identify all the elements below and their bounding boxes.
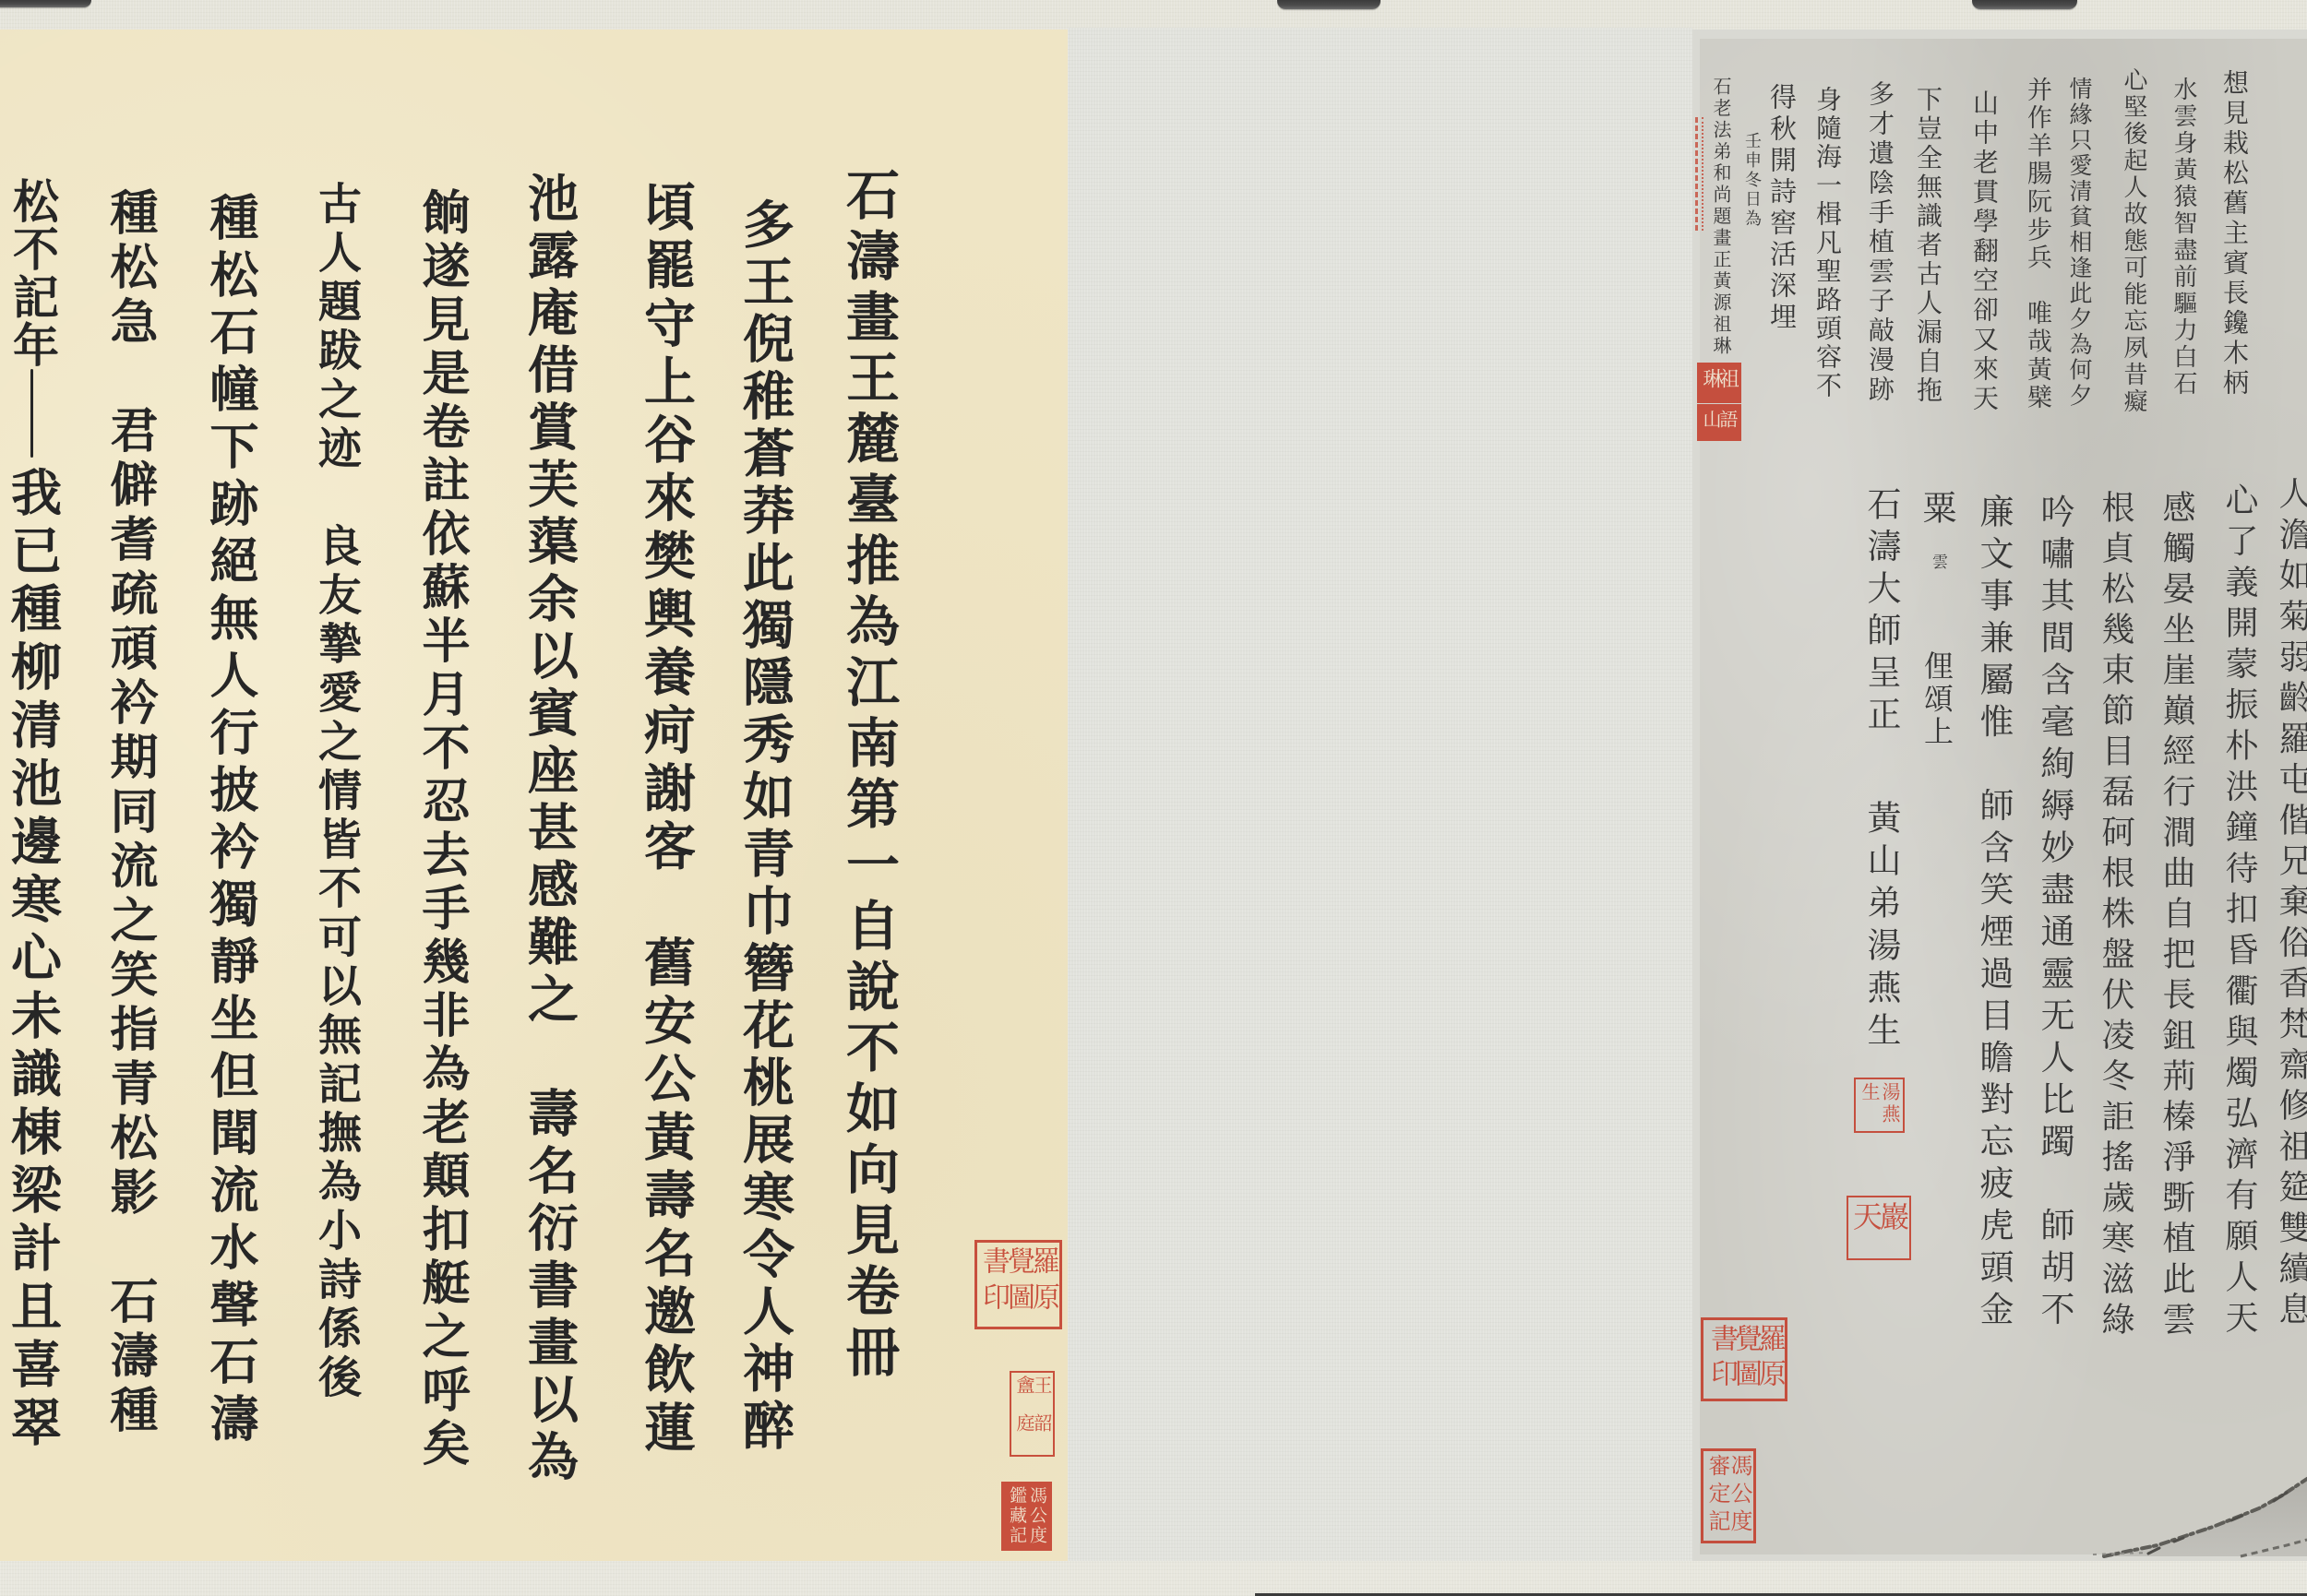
signature-seal-yushan: 語山 [1697,404,1741,441]
lower-colophon-dedication: 石濤大師呈正 [1864,486,1898,738]
left-colophon-column-3: 頃罷守上谷來樊輿養疴謝客 舊安公黃壽名邀飲蓮 [640,180,692,1459]
upper-colophon-column-2: 水雲身黃猿智盡前驅力白石 [2171,77,2195,398]
upper-colophon-column-3: 心堅後起人故態可能忘夙昔癡 [2122,67,2146,415]
upper-colophon-signature: 石老法弟和尚題畫正黃源祖琳 [1712,77,1730,357]
lower-colophon-column-2: 心了義開蒙振朴洪鐘待扣昏衢與燭弘濟有願人天 [2222,482,2255,1340]
collector-seal-luo-left: 羅原覺圖書印 [974,1240,1062,1329]
upper-colophon-column-1: 想見栽松舊主賓長鑱木柄 [2221,69,2247,399]
lower-colophon-column-1: 人澹如菊弱齡羅屯偕兄棄俗香梵齋修祖筵雙續息 [2276,476,2307,1332]
upper-colophon-column-6: 山中老貫學翻空卻又來天 [1971,89,1997,414]
bottom-silk-border [0,1561,2307,1596]
upper-colophon-column-4: 情緣只愛清貧相逢此夕為何夕 [2068,77,2091,409]
lower-colophon-signature: 黃山弟湯燕生 [1864,800,1898,1054]
left-colophon-column-1: 石濤畫王麓臺推為江南第一自說不如向見卷冊 [842,167,895,1385]
lower-colophon-small-note: 雲 [1930,554,1945,569]
upper-colophon-column-8: 多才遺陰手植雲子敲漫跡 [1867,80,1893,405]
upper-colophon-column-7: 下豈全無識者古人漏自拖 [1915,86,1941,406]
clip-tab-icon [0,0,91,7]
lower-colophon-closing-char: 粟 [1919,490,1954,524]
left-colophon-column-9-head: 松不記年 [9,177,55,369]
left-colophon-column-6: 古人題跋之迹 良友摯愛之情皆不可以無記撫為小詩係後 [315,181,358,1403]
lower-colophon-column-6: 廉文事兼屬惟 師含笑煙過目瞻對忘疲虎頭金 [1977,494,2011,1333]
upper-colophon-date: 壬申冬日為 [1743,132,1760,229]
collector-seal-wang-left: 王韶盦庭 [1010,1371,1055,1457]
handscroll-view: 石濤畫王麓臺推為江南第一自說不如向見卷冊 多王倪稚蒼莽此獨隱秀如青巾簪花桃展寒令… [0,0,2307,1596]
left-colophon-column-8: 種松急 君僻耆疏頑衿期同流之笑指青松影 石濤種 [105,187,153,1439]
left-colophon-column-2: 多王倪稚蒼莽此獨隱秀如青巾簪花桃展寒令人神醉 [739,197,791,1456]
upper-colophon-column-9: 身隨海一楫凡聖路頭容不 [1814,86,1840,400]
upper-colophon-column-5: 并作羊腸阮步兵 唯哉黃檗 [2025,77,2050,412]
top-silk-border [0,0,2307,31]
lower-colophon-column-3: 感觸晏坐崖巔經行澗曲自把長鉏荊榛淨斲植此雲 [2159,490,2193,1342]
lower-colophon-column-4: 根貞松幾束節目磊砢根株盤伏凌冬詎搖歲寒滋綠 [2098,490,2132,1342]
left-colophon-column-9-tail: 我已種柳清池邊寒心未識棟梁計且喜翠 [7,466,58,1454]
lower-colophon-column-5: 吟嘯其間含毫絢縟妙盡通靈无人比躅 師胡不 [2038,494,2072,1333]
clip-tab-icon [1277,0,1381,9]
collector-seal-luo-right: 羅原覺圖書印 [1701,1317,1787,1401]
ink-wash-rock-icon [2093,1462,2307,1558]
lower-colophon-offering: 俚頌上 [1922,650,1952,749]
partial-seam-seal [1695,117,1703,231]
signature-seal-zulin: 祖琳 [1697,363,1741,403]
collector-seal-feng-right: 馮公度審定記 [1701,1448,1756,1543]
collector-seal-feng-left: 馮公度鑑藏記 [1001,1482,1052,1551]
left-colophon-column-7: 種松石幢下跡絕無人行披衿獨靜坐但聞流水聲石濤 [206,192,255,1450]
upper-colophon-column-10: 得秋開詩窖活深埋 [1768,83,1795,334]
signature-seal-yantian: 巖天 [1847,1196,1911,1260]
signature-seal-tang-yansheng: 湯燕生 [1854,1078,1905,1133]
middle-silk-panel [1068,28,1692,1563]
clip-tab-icon [1972,0,2077,9]
column-break-line [30,369,33,458]
left-colophon-column-4: 池露庵借賞芙蕖余以賓座甚感難之 壽名衍書畫以為 [524,172,575,1487]
left-colophon-column-5: 餉遂見是卷註依蘇半月不忍去手幾非為老顛扣艇之呼矣 [417,187,465,1471]
